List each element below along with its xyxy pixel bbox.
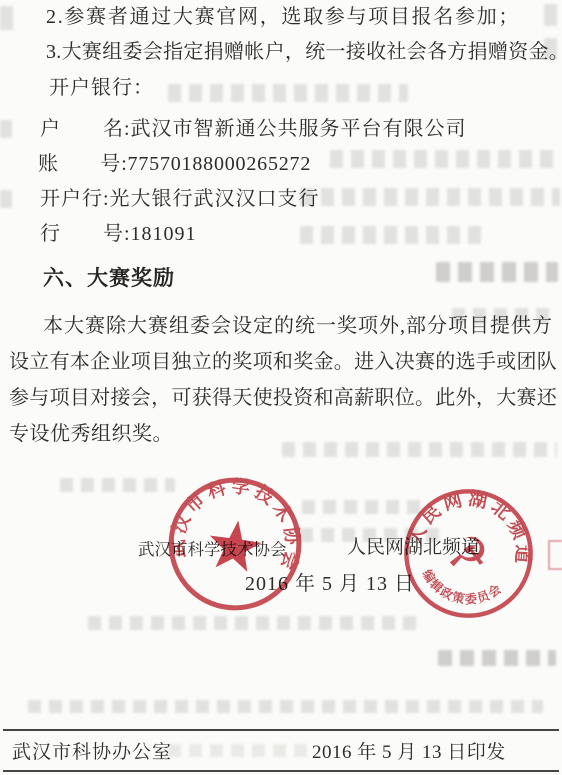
bleedthrough-artifact <box>544 4 562 26</box>
bleedthrough-artifact <box>28 700 543 713</box>
paragraph-line: 参与项目对接会，可获得天使投资和高薪职位。此外，大赛还 <box>9 386 557 410</box>
bleedthrough-artifact <box>300 188 560 206</box>
bank-branch: 开户行:光大银行武汉汉口支行 <box>40 187 320 211</box>
footer-rule-top <box>3 729 559 731</box>
bleedthrough-artifact <box>168 84 408 102</box>
star-icon <box>206 517 264 573</box>
bleedthrough-artifact <box>88 616 423 630</box>
paragraph-line: 本大赛除大赛组委会设定的统一奖项外,部分项目提供方 <box>43 314 553 338</box>
section-heading: 六、大赛奖励 <box>43 267 175 291</box>
bleedthrough-artifact <box>0 6 16 30</box>
red-scan-mark <box>548 540 562 570</box>
account-name: 户 名:武汉市智新通公共服务平台有限公司 <box>40 117 467 141</box>
bleedthrough-artifact <box>168 744 313 757</box>
seal-hubei-channel: 人民网湖北频道 编辑政策委员会 ☭ <box>400 485 537 622</box>
footer-print-date: 2016 年 5 月 13 日印发 <box>312 741 506 765</box>
list-item-3: 3.大赛组委会指定捐赠帐户，统一接收社会各方捐赠资金。 <box>46 40 562 64</box>
footer-issuer: 武汉市科协办公室 <box>12 741 172 765</box>
scanned-document-page: 2.参赛者通过大赛官网，选取参与项目报名参加； 3.大赛组委会指定捐赠帐户，统一… <box>0 0 562 775</box>
footer-rule-bottom <box>3 770 559 772</box>
bleedthrough-artifact <box>0 190 12 208</box>
account-number: 账 号:77570188000265272 <box>38 152 311 176</box>
bank-label: 开户银行： <box>49 76 154 100</box>
bleedthrough-artifact <box>438 650 556 666</box>
bleedthrough-artifact <box>0 120 12 138</box>
bleedthrough-artifact <box>60 478 175 492</box>
paragraph-line: 专设优秀组织奖。 <box>9 422 173 446</box>
bleedthrough-artifact <box>300 226 485 244</box>
list-item-2: 2.参赛者通过大赛官网，选取参与项目报名参加； <box>46 5 520 29</box>
bleedthrough-artifact <box>436 262 558 282</box>
paragraph-line: 设立有本企业项目独立的奖项和奖金。进入决赛的选手或团队 <box>9 350 557 374</box>
seal-science-association: 武汉市科学技术协会 <box>162 470 308 618</box>
bank-code: 行 号:181091 <box>40 222 197 246</box>
bleedthrough-artifact <box>282 442 557 457</box>
bleedthrough-artifact <box>330 150 560 168</box>
hammer-sickle-icon: ☭ <box>443 524 493 584</box>
